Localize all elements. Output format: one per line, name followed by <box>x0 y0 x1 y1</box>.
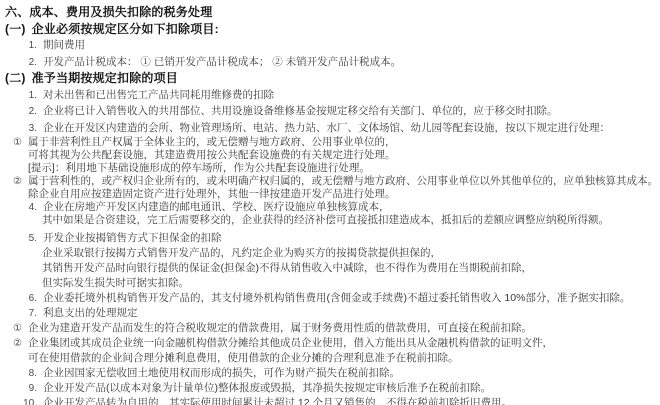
line-text: 企业采取银行按揭方式销售开发产品的，凡约定企业为购买方的按揭贷款提供担保的， <box>42 246 441 261</box>
doc-line: 9. 企业开发产品(以成本对象为计量单位)整体报废或毁损，其净损失按规定审核后准… <box>0 381 660 396</box>
line-text: 企业为建造开发产品而发生的符合税收规定的借款费用，属于财务费用性质的借款费用，可… <box>28 321 532 336</box>
doc-line: 4. 企业在房地产开发区内建造的邮电通讯、学校、医疗设施应单独核算成本， <box>0 201 660 214</box>
line-marker: (一) <box>5 21 26 38</box>
doc-line: 企业采取银行按揭方式销售开发产品的，凡约定企业为购买方的按揭贷款提供担保的， <box>0 246 660 261</box>
line-marker: 9. <box>21 381 37 396</box>
line-marker: (二) <box>5 70 26 87</box>
doc-line: 其中如果是合资建设，完工后需要移交的，企业获得的经济补偿可直接抵扣建造成本，抵扣… <box>0 214 660 227</box>
doc-line: 10. 企业开发产品转为自用的，其实际使用时间累计未超过 12 个月又销售的，不… <box>0 396 660 405</box>
doc-line: 其销售开发产品时向银行提供的保证金(担保金)不得从销售收入中减除，也不得作为费用… <box>0 261 660 276</box>
doc-line: ② 属于营利性的，或产权归企业所有的，或未明确产权归属的，或无偿赠与地方政府、公… <box>0 175 660 188</box>
line-text: 属于非营利性且产权属于全体业主的，或无偿赠与地方政府、公用事业单位的， <box>28 136 396 149</box>
doc-block-bottom: 5. 开发企业按揭销售方式下担保金的扣除 企业采取银行按揭方式销售开发产品的，凡… <box>0 231 660 405</box>
line-marker: 2. <box>21 104 37 121</box>
doc-line: (二) 准予当期按规定扣除的项目 <box>0 70 660 87</box>
line-marker: 7. <box>21 306 37 321</box>
line-marker: ② <box>13 175 24 188</box>
doc-line: [提示]：利用地下基础设施形成的停车场所，作为公共配套设施进行处理。 <box>0 162 660 175</box>
line-marker: 1. <box>21 38 37 55</box>
doc-line: 六、成本、费用及损失扣除的税务处理 <box>0 4 660 21</box>
line-marker: 5. <box>21 231 37 246</box>
doc-line: ① 属于非营利性且产权属于全体业主的，或无偿赠与地方政府、公用事业单位的， <box>0 136 660 149</box>
line-marker: ② <box>13 336 24 351</box>
line-text: 可将其视为公共配套设施，其建造费用按公共配套设施费的有关规定进行处理。 <box>28 149 396 162</box>
line-marker: 3. <box>21 121 37 138</box>
line-text: 开发企业按揭销售方式下担保金的扣除 <box>43 231 222 246</box>
doc-block-middle: ① 属于非营利性且产权属于全体业主的，或无偿赠与地方政府、公用事业单位的， 可将… <box>0 136 660 227</box>
line-text: 准予当期按规定扣除的项目 <box>32 70 178 87</box>
line-text: 企业委托境外机构销售开发产品的，其支付境外机构销售费用(含佣金或手续费)不超过委… <box>43 291 630 306</box>
line-text: 利息支出的处理规定 <box>43 306 138 321</box>
line-text: 可在使用借款的企业间合理分摊利息费用，使用借款的企业分摊的合理利息准予在税前扣除… <box>28 351 459 366</box>
doc-line: 7. 利息支出的处理规定 <box>0 306 660 321</box>
line-text: 企业在房地产开发区内建造的邮电通讯、学校、医疗设施应单独核算成本， <box>43 201 390 214</box>
doc-line: ② 企业集团或其成员企业统一向金融机构借款分摊给其他成员企业使用，借入方能出具从… <box>0 336 660 351</box>
doc-line: 6. 企业委托境外机构销售开发产品的，其支付境外机构销售费用(含佣金或手续费)不… <box>0 291 660 306</box>
line-text: 其销售开发产品时向银行提供的保证金(担保金)不得从销售收入中减除，也不得作为费用… <box>42 261 532 276</box>
line-text: 企业开发产品转为自用的，其实际使用时间累计未超过 12 个月又销售的，不得在税前… <box>43 396 512 405</box>
line-text: [提示]：利用地下基础设施形成的停车场所，作为公共配套设施进行处理。 <box>28 162 370 175</box>
line-text: 企业必须按规定区分如下扣除项目: <box>32 21 219 38</box>
doc-line: 可将其视为公共配套设施，其建造费用按公共配套设施费的有关规定进行处理。 <box>0 149 660 162</box>
doc-line: 3. 企业在开发区内建造的会所、物业管理场所、电站、热力站、水厂、文体场馆、幼儿… <box>0 120 660 137</box>
line-text: 其中如果是合资建设，完工后需要移交的，企业获得的经济补偿可直接抵扣建造成本，抵扣… <box>42 214 609 227</box>
line-text: 企业在开发区内建造的会所、物业管理场所、电站、热力站、水厂、文体场馆、幼儿园等配… <box>43 120 610 137</box>
line-marker: 4. <box>21 201 37 214</box>
doc-line: ① 企业为建造开发产品而发生的符合税收规定的借款费用，属于财务费用性质的借款费用… <box>0 321 660 336</box>
document-page: 六、成本、费用及损失扣除的税务处理 (一) 企业必须按规定区分如下扣除项目: 1… <box>0 0 660 405</box>
doc-line: 1. 对未出售和已出售完工产品共同耗用维修费的扣除 <box>0 87 660 104</box>
line-text: 开发产品计税成本： ① 已销开发产品计税成本； ② 未销开发产品计税成本。 <box>43 54 401 71</box>
line-marker: 8. <box>21 366 37 381</box>
line-text: 企业因国家无偿收回土地使用权而形成的损失，可作为财产损失在税前扣除。 <box>43 366 400 381</box>
line-marker: 1. <box>21 88 37 105</box>
doc-line: 8. 企业因国家无偿收回土地使用权而形成的损失，可作为财产损失在税前扣除。 <box>0 366 660 381</box>
doc-line: 可在使用借款的企业间合理分摊利息费用，使用借款的企业分摊的合理利息准予在税前扣除… <box>0 351 660 366</box>
line-text: 对未出售和已出售完工产品共同耗用维修费的扣除 <box>43 87 274 104</box>
doc-line: 2. 开发产品计税成本： ① 已销开发产品计税成本； ② 未销开发产品计税成本。 <box>0 54 660 71</box>
line-text: 企业将已计入销售收入的共用部位、共用设施设备维修基金按规定移交给有关部门、单位的… <box>43 103 558 120</box>
doc-line: 除企业自用应按建造固定资产进行处理外，其他一律按建造开发产品进行处理。 <box>0 188 660 201</box>
line-text: 但实际发生损失时可据实扣除。 <box>42 276 189 291</box>
line-text: 企业集团或其成员企业统一向金融机构借款分摊给其他成员企业使用，借入方能出具从金融… <box>28 336 553 351</box>
line-text: 期间费用 <box>43 37 85 54</box>
line-marker: 6. <box>21 291 37 306</box>
doc-line: 1. 期间费用 <box>0 37 660 54</box>
line-marker: ① <box>13 321 24 336</box>
line-text: 企业开发产品(以成本对象为计量单位)整体报废或毁损，其净损失按规定审核后准予在税… <box>43 381 491 396</box>
line-text: 六、成本、费用及损失扣除的税务处理 <box>5 4 212 21</box>
line-marker: 2. <box>21 55 37 72</box>
doc-block-top: 六、成本、费用及损失扣除的税务处理 (一) 企业必须按规定区分如下扣除项目: 1… <box>0 4 660 136</box>
doc-line: 5. 开发企业按揭销售方式下担保金的扣除 <box>0 231 660 246</box>
doc-line: 但实际发生损失时可据实扣除。 <box>0 276 660 291</box>
line-text: 属于营利性的，或产权归企业所有的，或未明确产权归属的，或无偿赠与地方政府、公用事… <box>28 175 658 188</box>
line-text: 除企业自用应按建造固定资产进行处理外，其他一律按建造开发产品进行处理。 <box>28 188 396 201</box>
line-marker: 10. <box>21 396 37 405</box>
doc-line: 2. 企业将已计入销售收入的共用部位、共用设施设备维修基金按规定移交给有关部门、… <box>0 103 660 120</box>
doc-line: (一) 企业必须按规定区分如下扣除项目: <box>0 21 660 38</box>
line-marker: ① <box>13 136 24 149</box>
